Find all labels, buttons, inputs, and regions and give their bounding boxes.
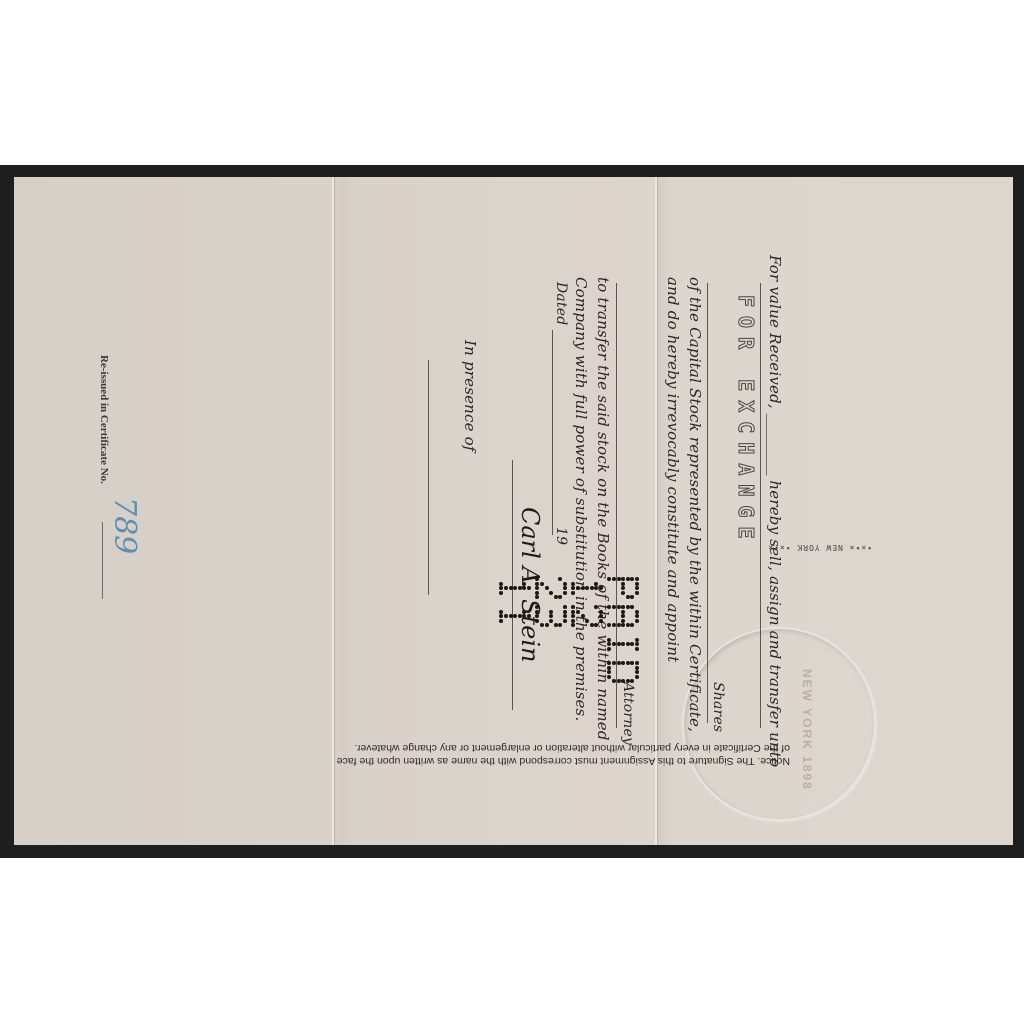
assignment-line-1: For value Received, ________ hereby sell…: [766, 255, 784, 767]
dated-label: Dated: [553, 282, 569, 325]
perforated-cancellation: [540, 577, 640, 737]
assignment-line-3: and do hereby irrevocably constitute and…: [664, 277, 682, 663]
rule-reissue: [102, 522, 103, 599]
shares-label: Shares: [710, 682, 726, 732]
seal-text: NEW YORK 1898: [800, 669, 814, 791]
rule-signature: [512, 460, 513, 710]
notice-text: Notice. The Signature to this Assignment…: [337, 741, 790, 767]
reissue-number: 789: [107, 497, 142, 554]
rule-shares: [707, 283, 708, 723]
rule-witness: [428, 360, 429, 595]
certificate-back: NEW YORK 1898 For value Received, ______…: [14, 177, 1013, 845]
reissue-label: Re-issued in Certificate No.: [98, 355, 110, 484]
year-prefix: 19: [553, 527, 569, 545]
fold-line-left: [332, 177, 334, 845]
rule-dated: [552, 330, 553, 535]
small-stamp: •×•× NEW YORK •×•×: [767, 543, 872, 552]
in-presence-of-label: In presence of: [461, 340, 479, 452]
rule-value-received: [760, 283, 761, 728]
notice-line-1: Notice. The Signature to this Assignment…: [337, 754, 790, 767]
for-exchange-stamp: FOR EXCHANGE: [734, 295, 758, 548]
assignment-line-2: of the Capital Stock represented by the …: [686, 277, 704, 732]
notice-line-2: of the Certificate in every particular w…: [337, 741, 790, 754]
